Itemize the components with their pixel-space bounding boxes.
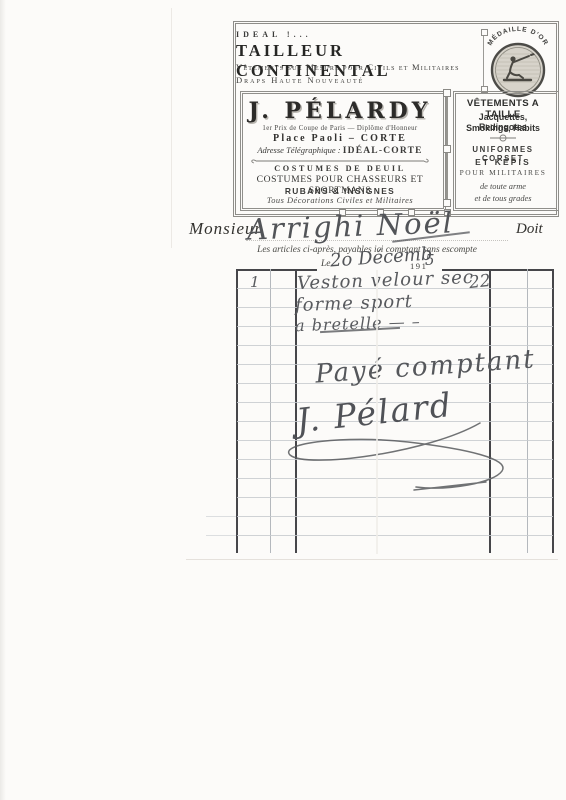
uniforms-line-2: ET KÉPIS <box>456 157 550 167</box>
divider-ornament-top <box>443 89 451 97</box>
table-vline <box>489 269 491 553</box>
doit-label: Doit <box>516 221 543 238</box>
table-vline <box>527 269 528 553</box>
medal-divider-line <box>483 32 484 90</box>
uniforms-line-4: de toute arme <box>456 182 550 191</box>
uniforms-line-5: et de tous grades <box>456 194 550 203</box>
table-vline <box>270 269 271 553</box>
letterhead-box: IDEAL !... TAILLEUR CONTINENTAL Vêtement… <box>233 21 559 217</box>
item-qty-handwritten: 1 <box>250 273 260 291</box>
client-name-handwritten: Arrighi Noël <box>246 205 454 246</box>
scanned-invoice-page: IDEAL !... TAILLEUR CONTINENTAL Vêtement… <box>0 0 566 800</box>
item-amount-handwritten: 22 <box>468 271 492 293</box>
table-top-border <box>236 269 317 271</box>
garments-items-2: Smokings, Habits <box>456 123 550 133</box>
gold-medal-icon: MÉDAILLE D'OR <box>483 24 551 100</box>
telegraph-line: Adresse Télégraphique : IDÉAL-CORTE <box>243 145 437 156</box>
date-prefix-label: Le <box>321 259 331 269</box>
telegraph-label: Adresse Télégraphique : <box>257 145 340 155</box>
award-line: 1er Prix de Coupe de Paris — Diplôme d'H… <box>243 125 437 132</box>
paper-crease-center <box>376 270 378 554</box>
date-year-digit-handwritten: 5 <box>425 251 435 269</box>
paper-fold-line <box>186 559 558 560</box>
address-line: Place Paoli – CORTE <box>243 133 437 144</box>
divider-ornament-middle <box>443 145 451 153</box>
proprietor-box: J. PÉLARDY 1er Prix de Coupe de Paris — … <box>240 91 446 211</box>
service-line-4: Tous Décorations Civiles et Militaires <box>243 196 437 205</box>
proprietor-name: J. PÉLARDY <box>243 98 437 124</box>
ruled-line-extension <box>206 535 236 536</box>
table-vline <box>236 269 238 553</box>
garments-box: VÊTEMENTS A TAILLE Jacquettes, Redingote… <box>453 91 559 211</box>
brand-tagline: IDEAL !... <box>236 30 483 39</box>
small-flourish-icon <box>488 134 518 142</box>
table-vline <box>552 269 554 553</box>
medal-area: MÉDAILLE D'OR <box>483 24 553 100</box>
boxes-divider <box>444 91 450 205</box>
signature-flourish <box>268 413 553 505</box>
paper-crease-left <box>171 8 172 248</box>
service-line-3: RUBANS & INSIGNES <box>243 186 437 196</box>
uniforms-line-3: POUR MILITAIRES <box>456 168 550 177</box>
ruled-line-extension <box>206 516 236 517</box>
scan-edge-shadow <box>0 0 6 800</box>
banner-subtitle-1: Vêtements sur Mesure pour Civils et Mili… <box>236 62 483 72</box>
banner-subtitle-2: Draps Haute Nouveauté <box>236 75 483 85</box>
telegraph-value: IDÉAL-CORTE <box>343 146 423 156</box>
service-line-1: COSTUMES DE DEUIL <box>243 164 437 173</box>
